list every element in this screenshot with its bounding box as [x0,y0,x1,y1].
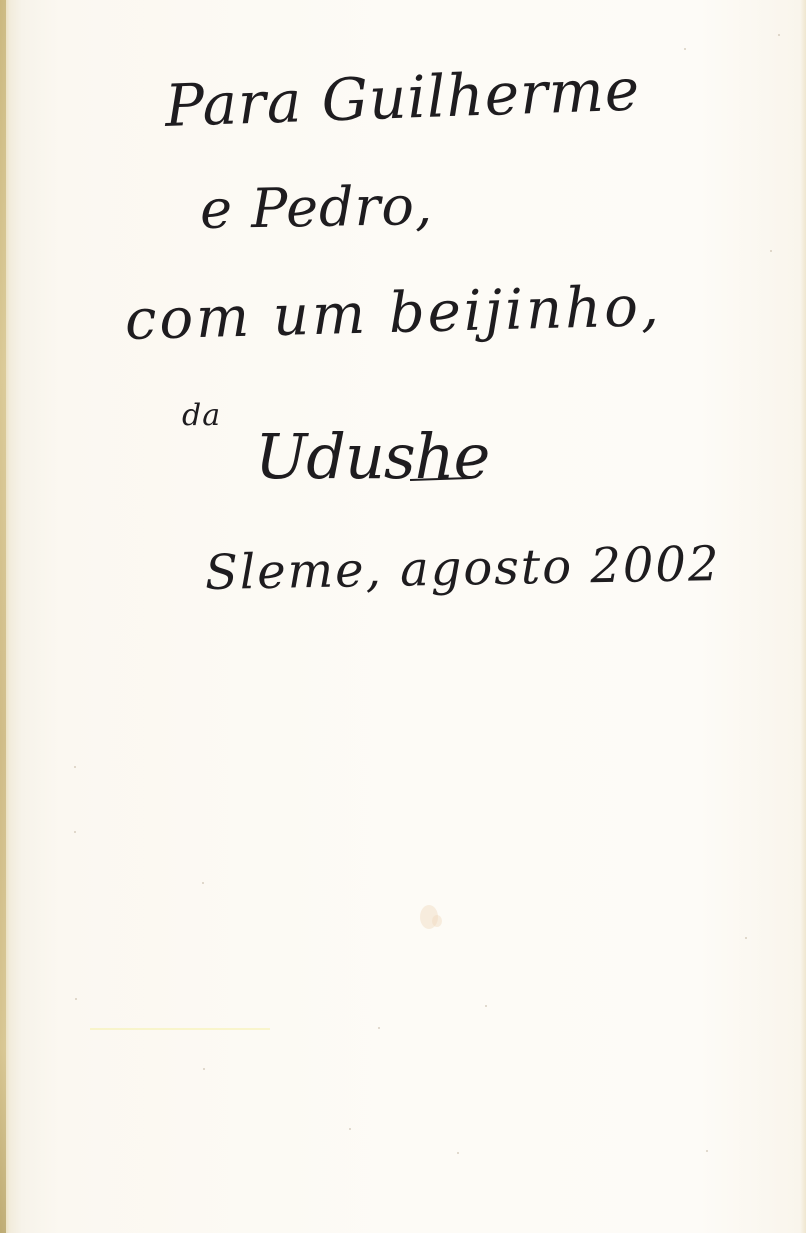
paper-speck [778,34,780,36]
signature: Udushe [255,420,489,493]
spine-shadow [0,0,6,1233]
paper-mark [90,1028,270,1030]
paper-speck [349,1128,351,1130]
paper-speck [485,1005,487,1007]
paper-speck [202,882,204,884]
place-and-date: Sleme, agosto 2002 [205,536,721,601]
paper-speck [378,1027,380,1029]
paper-speck [684,48,686,50]
dedication-from: da [182,398,221,433]
paper-speck [74,831,76,833]
paper-speck [457,1152,459,1154]
paper-speck [75,998,77,1000]
paper-speck [745,937,747,939]
dedication-salutation: Para Guilherme [164,55,641,140]
paper-speck [203,1068,205,1070]
dedication-message: com um beijinho, [124,274,662,353]
dedication-salutation-continued: e Pedro, [199,174,433,241]
paper-speck [74,766,76,768]
book-page: Para Guilherme e Pedro, com um beijinho,… [0,0,806,1233]
paper-stain [432,915,442,927]
paper-speck [706,1150,708,1152]
paper-speck [770,250,772,252]
